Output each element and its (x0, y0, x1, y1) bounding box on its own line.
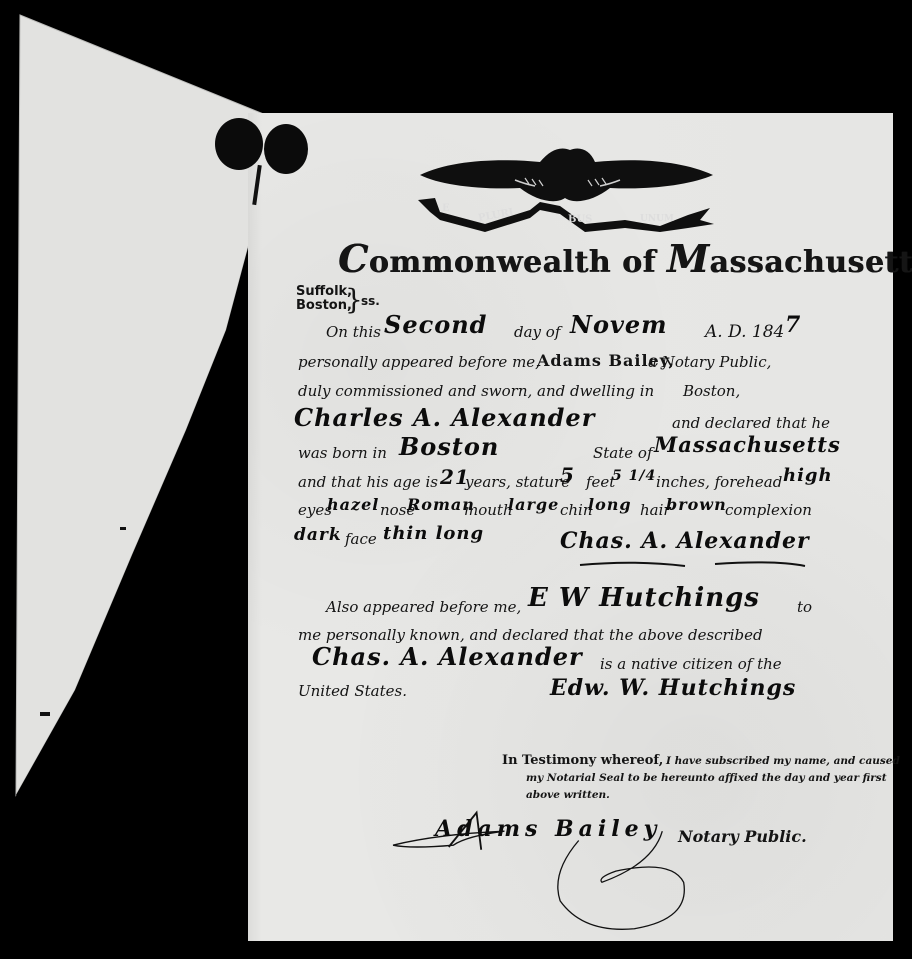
title-cap-c: C (338, 236, 369, 281)
eagle-emblem: E PLURI BUS UNUM (410, 140, 720, 230)
testimony-clause: In Testimony whereof, I have subscribed … (502, 752, 900, 804)
applicant-signature: Chas. A. Alexander (560, 528, 810, 554)
wax-seal-left (215, 118, 263, 170)
title-of: of (622, 245, 656, 280)
inches-value: 5 1/4 (612, 468, 656, 484)
commissioned-label: duly commissioned and sworn, and dwellin… (298, 382, 654, 400)
witness-name-value: E W Hutchings (528, 583, 760, 613)
motto-word-1: E (442, 203, 450, 214)
notary-signature: Adams Bailey (435, 816, 661, 842)
age-label: and that his age is (298, 473, 438, 491)
forehead-value: high (783, 465, 833, 486)
dwelling-place: Boston, (683, 382, 740, 400)
chin-value: long (588, 495, 632, 514)
wax-seal-right (264, 124, 308, 174)
testimony-lead: In Testimony whereof, (502, 753, 663, 768)
notary-public-label: Notary Public. (678, 827, 807, 846)
year-digit-value: 7 (785, 312, 801, 338)
birth-state-value: Massachusetts (654, 432, 841, 457)
notary-title-printed: a Notary Public, (648, 353, 771, 371)
mouth-value: large (508, 495, 559, 514)
applicant-name-value: Charles A. Alexander (294, 403, 595, 432)
county-label: Suffolk, Boston, (296, 285, 352, 313)
united-states-label: United States. (298, 682, 407, 700)
native-citizen-label: is a native citizen of the (600, 655, 782, 673)
described-name-value: Chas. A. Alexander (312, 642, 583, 671)
motto-word-3: BUS (568, 214, 592, 225)
mouth-label: mouth (464, 501, 513, 519)
ad-year-label: A. D. 184 (705, 322, 784, 342)
ss-label: ss. (361, 294, 380, 308)
day-value: Second (384, 310, 487, 339)
hair-value: brown (666, 495, 727, 514)
complexion-value: dark (294, 525, 342, 545)
born-in-label: was born in (298, 444, 387, 462)
eyes-value: hazel (327, 495, 379, 514)
motto-word-4: UNUM (640, 214, 674, 224)
birth-town-value: Boston (399, 432, 499, 461)
witness-signature: Edw. W. Hutchings (550, 675, 796, 701)
document-title: Commonwealth of Massachusetts. (338, 236, 912, 281)
on-this-label: On this (326, 323, 381, 341)
state-of-label: State of (593, 444, 653, 462)
month-value: Novem (570, 310, 668, 339)
day-of-label: day of (514, 323, 560, 341)
signature-underline (575, 560, 815, 572)
forehead-label: inches, forehead (656, 473, 782, 491)
complexion-label: complexion (725, 501, 812, 519)
stature-label: years, stature (465, 473, 570, 491)
feet-label: feet (586, 473, 615, 491)
feet-value: 5 (560, 463, 575, 487)
scan-background: E PLURI BUS UNUM Commonwealth of Massach… (0, 0, 912, 959)
appeared-label: personally appeared before me, (298, 353, 540, 371)
to-label: to (797, 598, 812, 616)
also-appeared-label: Also appeared before me, (326, 598, 521, 616)
face-label: face (345, 530, 377, 548)
title-cap-m: M (667, 236, 710, 281)
declared-label: and declared that he (672, 414, 830, 432)
face-value: thin long (383, 523, 484, 544)
